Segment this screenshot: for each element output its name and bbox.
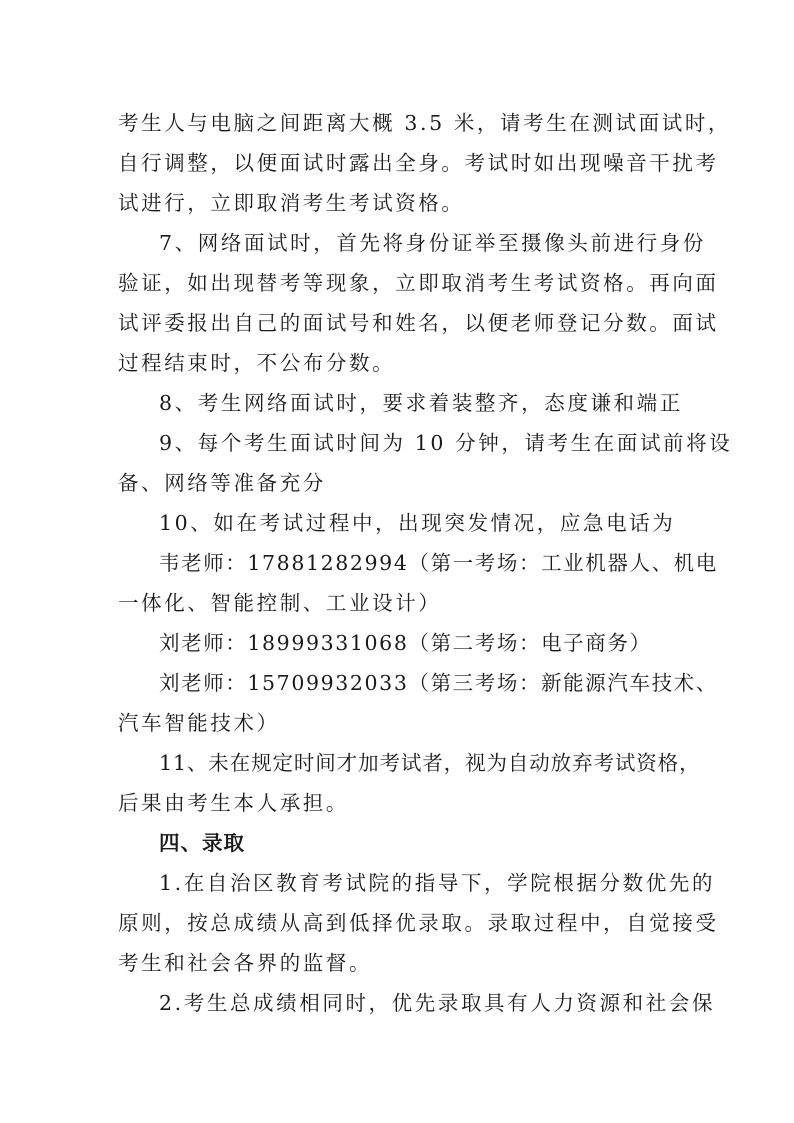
admission-1-line: 原则，按总成绩从高到低择优录取。录取过程中，自觉接受 xyxy=(118,903,674,943)
contact-teacher-liu-1: 刘老师：18999331068（第二考场：电子商务） xyxy=(118,623,674,663)
paragraph-line-adjust: 自行调整，以便面试时露出全身。考试时如出现噪音干扰考 xyxy=(118,143,674,183)
rule-9-line: 备、网络等准备充分 xyxy=(118,463,674,503)
rule-9-line: 9、每个考生面试时间为 10 分钟，请考生在面试前将设 xyxy=(118,423,674,463)
rule-7-line: 试评委报出自己的面试号和姓名，以便老师登记分数。面试 xyxy=(118,303,674,343)
paragraph-line-cancel: 试进行，立即取消考生考试资格。 xyxy=(118,183,674,223)
contact-teacher-wei-cont: 一体化、智能控制、工业设计） xyxy=(118,583,674,623)
rule-11-line: 11、未在规定时间才加考试者，视为自动放弃考试资格， xyxy=(118,743,674,783)
rule-7-line: 过程结束时，不公布分数。 xyxy=(118,343,674,383)
contact-teacher-liu-2: 刘老师：15709932033（第三考场：新能源汽车技术、 xyxy=(118,663,674,703)
admission-2-line: 2.考生总成绩相同时，优先录取具有人力资源和社会保 xyxy=(118,983,674,1023)
rule-7-line: 7、网络面试时，首先将身份证举至摄像头前进行身份 xyxy=(118,223,674,263)
rule-8-line: 8、考生网络面试时，要求着装整齐，态度谦和端正 xyxy=(118,383,674,423)
section-heading-admission: 四、录取 xyxy=(118,823,674,863)
contact-teacher-liu-2-cont: 汽车智能技术） xyxy=(118,703,674,743)
rule-7-line: 验证，如出现替考等现象，立即取消考生考试资格。再向面 xyxy=(118,263,674,303)
admission-1-line: 考生和社会各界的监督。 xyxy=(118,943,674,983)
admission-1-line: 1.在自治区教育考试院的指导下，学院根据分数优先的 xyxy=(118,863,674,903)
paragraph-line-distance: 考生人与电脑之间距离大概 3.5 米，请考生在测试面试时， xyxy=(118,103,674,143)
document-page: 考生人与电脑之间距离大概 3.5 米，请考生在测试面试时， 自行调整，以便面试时… xyxy=(118,103,674,1023)
contact-teacher-wei: 韦老师：17881282994（第一考场：工业机器人、机电 xyxy=(118,543,674,583)
rule-10-line: 10、如在考试过程中，出现突发情况，应急电话为 xyxy=(118,503,674,543)
rule-11-line: 后果由考生本人承担。 xyxy=(118,783,674,823)
